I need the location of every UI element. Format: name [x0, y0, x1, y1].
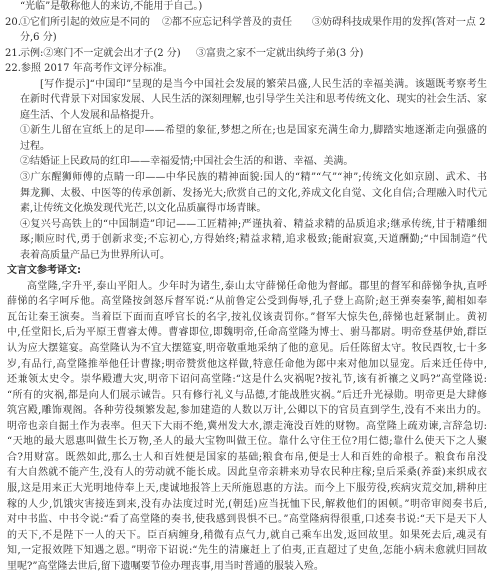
translation-line: 筑宫殿,雕饰观阁。各种劳役频繁发起,参加建造的人数以万计,公卿以下的官员直到学生…: [7, 403, 487, 419]
translation-line: 对中书监、中书令说:“看了高堂隆的奏书,使我感到畏惧不已。”高堂隆病得很重,口述…: [7, 512, 487, 528]
translation-line: 高堂隆,字升平,泰山平阳人。少年时为诸生,泰山太守薛悌任命他为督邮。郡里的督军和…: [27, 279, 487, 295]
translation-line: 岁,有品行,高堂隆推举他任计曹掾;明帝赞赏他这样做,特意任命他为郎中来对他加以显…: [7, 357, 487, 373]
writing-hint-line: 庭生活、个人发展和品格提升。: [20, 108, 487, 124]
q21-item-1: 示例:②寒门不一定就会出才子(2 分): [20, 46, 181, 62]
translation-line: 服,这是用来正大光明地侍奉上天,虔诚地报答上天所施恩惠的方法。而今上下服劳役,疾…: [7, 481, 487, 497]
q22-answer: 22.参照 2017 年高考作文评分标准。: [5, 61, 490, 77]
translation-line: 稼的人少,饥饿灾害接连到来,没有办法度过时光,(朝廷)应当抚恤下民,解救他们的困…: [7, 497, 487, 513]
translation-line: 中,任堂阳长,后为平原王曹睿太傅。曹睿即位,即魏明帝,任命高堂隆为博士、驸马都尉…: [7, 325, 487, 341]
translation-line: 的天下,不是陛下一人的天下。臣百病缠身,稍微有点气力,就自己乘车出发,返回故里。…: [7, 528, 487, 544]
q20-continuation: 分,6 分): [20, 30, 487, 46]
q20-item-2: ②都不应忘记科学普及的责任: [162, 15, 292, 31]
translation-line: 合?用财富。既然如此,那么士人和百姓便是国家的基础;粮食布帛,便是士人和百姓的命…: [7, 450, 487, 466]
writing-hint-line: [写作提示]“中国印”呈现的是当今中国社会发展的繁荣昌盛,人民生活的幸福美满。该…: [40, 77, 487, 93]
translation-line: 薛悌的名字呵斥他。高堂隆按剑怒斥督军说:“从前鲁定公受到侮辱,孔子登上高阶;赵王…: [7, 294, 487, 310]
q21-answer: 21. 示例:②寒门不一定就会出才子(2 分) ③富贵之家不一定就出纨绔子弟(3…: [0, 46, 490, 62]
writing-hint-point-3: ③广东醒狮师傅的点睛一印——中华民族的精神面貌:国人的“精”“气”“神”;传统文…: [20, 170, 487, 186]
q20-answer: 20. ①它们所引起的效应是不同的 ②都不应忘记科学普及的责任 ③妨碍科技成果作…: [0, 15, 490, 31]
writing-hint-line: 表着高质量产品已为世界所认可。: [20, 248, 487, 264]
translation-line: 里呢?”高堂隆去世后,留下遗嘱要节俭办理丧事,用当时普通的服装入殓。: [7, 559, 487, 575]
translation-line: 还兼领太史令。崇华殿遭大灾,明帝下诏问高堂隆:“这是什么灾祸呢?按礼节,该有祈禳…: [7, 372, 487, 388]
answer-key-page: “光临”是敬称他人的来访,不能用于自己。) 20. ①它们所引起的效应是不同的 …: [0, 0, 490, 574]
writing-hint-point-4: ④复兴号高铁上的“中国制造”印记——工匠精神;严谨执着、精益求精的品质追求;继承…: [20, 217, 487, 233]
translation-line: 瓦缶让秦王演奏。当着臣下面而直呼官长的名字,按礼仪该责罚你。”督军大惊失色,薛悌…: [7, 310, 487, 326]
translation-heading: 文言文参考译文:: [7, 263, 487, 279]
translation-line: “所有的灾祸,都是向人们展示诫告。只有修行礼义与品德,才能战胜灾祸。”后迁升光禄…: [7, 388, 487, 404]
writing-hint-line: 在新时代背景下对国家发展、人民生活的深刻理解,也引导学生关注和思考传统文化、现实…: [20, 92, 487, 108]
writing-hint-line: 过程。: [20, 139, 487, 155]
translation-line: 知,一定报效陛下知遇之恩。”明帝下诏说:“先生的清廉赶上了伯夷,正直超过了史鱼,…: [7, 543, 487, 559]
translation-line: 有大自然就不能产生,没有人的劳动就不能长成。因此皇帝亲耕来劝导农民种庄稼;皇后采…: [7, 465, 487, 481]
q20-item-1: ①它们所引起的效应是不同的: [20, 15, 150, 31]
translation-line: “天地的最大恩惠叫做生长万物,圣人的最大宝物叫做王位。靠什么守住王位?用仁德;靠…: [7, 434, 487, 450]
writing-hint-point-1: ①新生儿留在宣纸上的足印——希望的象征,梦想之所在;也是国家充满生命力,脚踏实地…: [20, 123, 487, 139]
writing-hint-line: 舞龙狮、太极、中医等的传承创新、发扬光大;欣赏自己的文化,养成文化自觉、文化自信…: [20, 186, 487, 202]
writing-hint-line: 琢;顺应时代,勇于创新求变;不忘初心,方得始终;精益求精,追求极致;能耐寂寞,天…: [20, 232, 487, 248]
translation-line: 认为应大摆筵宴。高堂隆认为不宜大摆筵宴,明帝敬重地采纳了他的意见。后任陈留太守。…: [7, 341, 487, 357]
q19-continuation: “光临”是敬称他人的来访,不能用于自己。): [20, 0, 487, 15]
q20-number: 20.: [5, 15, 21, 31]
q20-item-3: ③妨碍科技成果作用的发挥(答对一点 2: [312, 15, 485, 31]
translation-line: 明帝也亲自掘土作为表率。但天下大雨不绝,冀州发大水,漂走淹没百姓的财物。高堂隆上…: [7, 419, 487, 435]
writing-hint-line: 素,让传统文化焕发现代光芒,以文化品质赢得市场青睐。: [20, 201, 487, 217]
q21-number: 21.: [5, 46, 21, 62]
writing-hint-point-2: ②结婚证上民政局的红印——幸福爱情;中国社会生活的和谐、幸福、美满。: [20, 154, 487, 170]
q21-item-2: ③富贵之家不一定就出纨绔子弟(3 分): [196, 46, 363, 62]
